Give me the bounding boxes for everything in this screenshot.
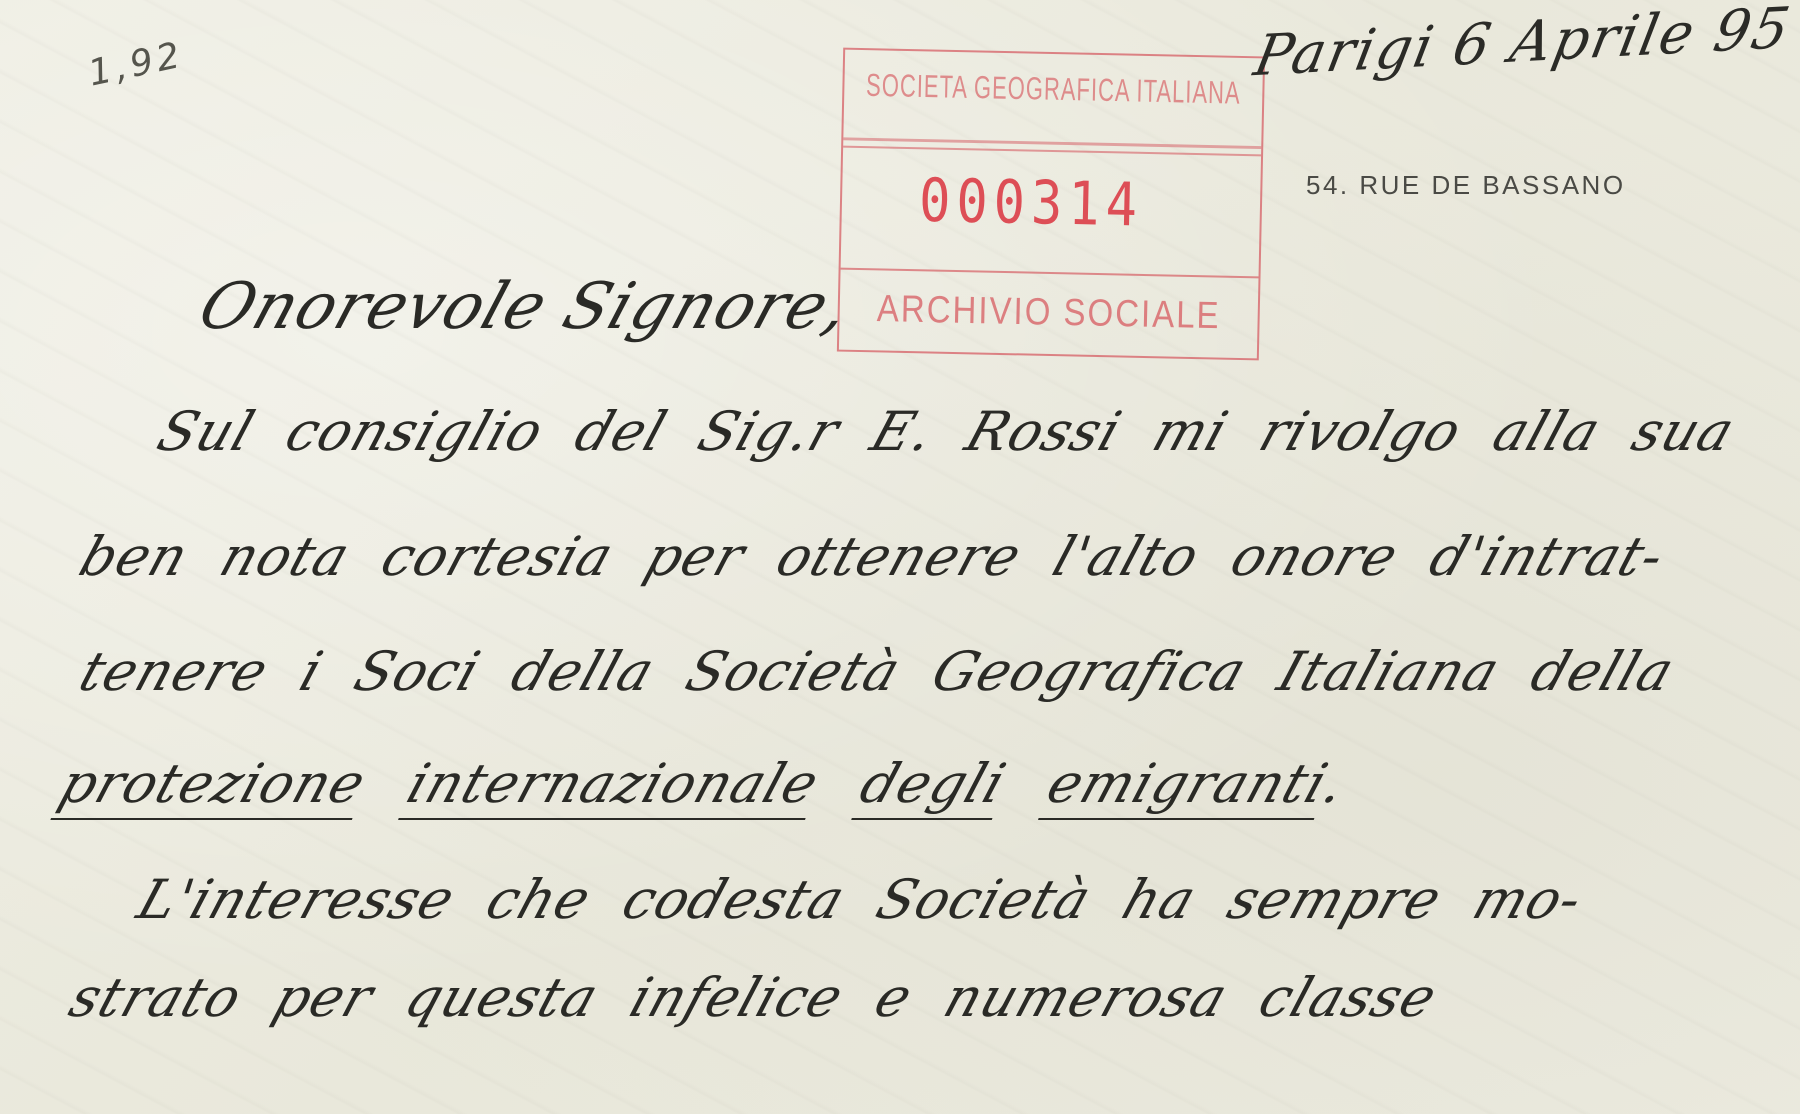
underlined-word: emigranti xyxy=(1040,752,1336,815)
stamp-number: 000314 xyxy=(841,165,1260,243)
stamp-society-name: SOCIETA GEOGRAFICA ITALIANA xyxy=(843,33,1263,149)
body-line: ben nota cortesia per ottenere l'alto on… xyxy=(72,525,1673,588)
archive-number: 1,92 xyxy=(85,34,188,94)
body-line: strato per questa infelice e numerosa cl… xyxy=(62,966,1445,1029)
salutation: Onorevole Signore, xyxy=(190,270,860,344)
body-line: Sul consiglio del Sig.r E. Rossi mi rivo… xyxy=(150,400,1743,463)
archive-stamp: SOCIETA GEOGRAFICA ITALIANA 000314 ARCHI… xyxy=(837,48,1265,361)
underlined-word: protezione xyxy=(52,752,374,815)
stamp-archive-label: ARCHIVIO SOCIALE xyxy=(839,273,1258,351)
body-line: tenere i Soci della Società Geografica I… xyxy=(72,640,1682,703)
underlined-word: internazionale xyxy=(400,752,827,815)
letter-page: 1,92 SOCIETA GEOGRAFICA ITALIANA 000314 … xyxy=(0,0,1800,1114)
body-line-underlined: protezione internazionale degli emigrant… xyxy=(52,752,1354,815)
underlined-word: degli xyxy=(853,752,1014,815)
dateline: Parigi 6 Aprile 95 xyxy=(1249,0,1796,89)
body-line: L'interesse che codesta Società ha sempr… xyxy=(130,868,1591,931)
letterhead-address: 54. RUE DE BASSANO xyxy=(1306,170,1626,201)
